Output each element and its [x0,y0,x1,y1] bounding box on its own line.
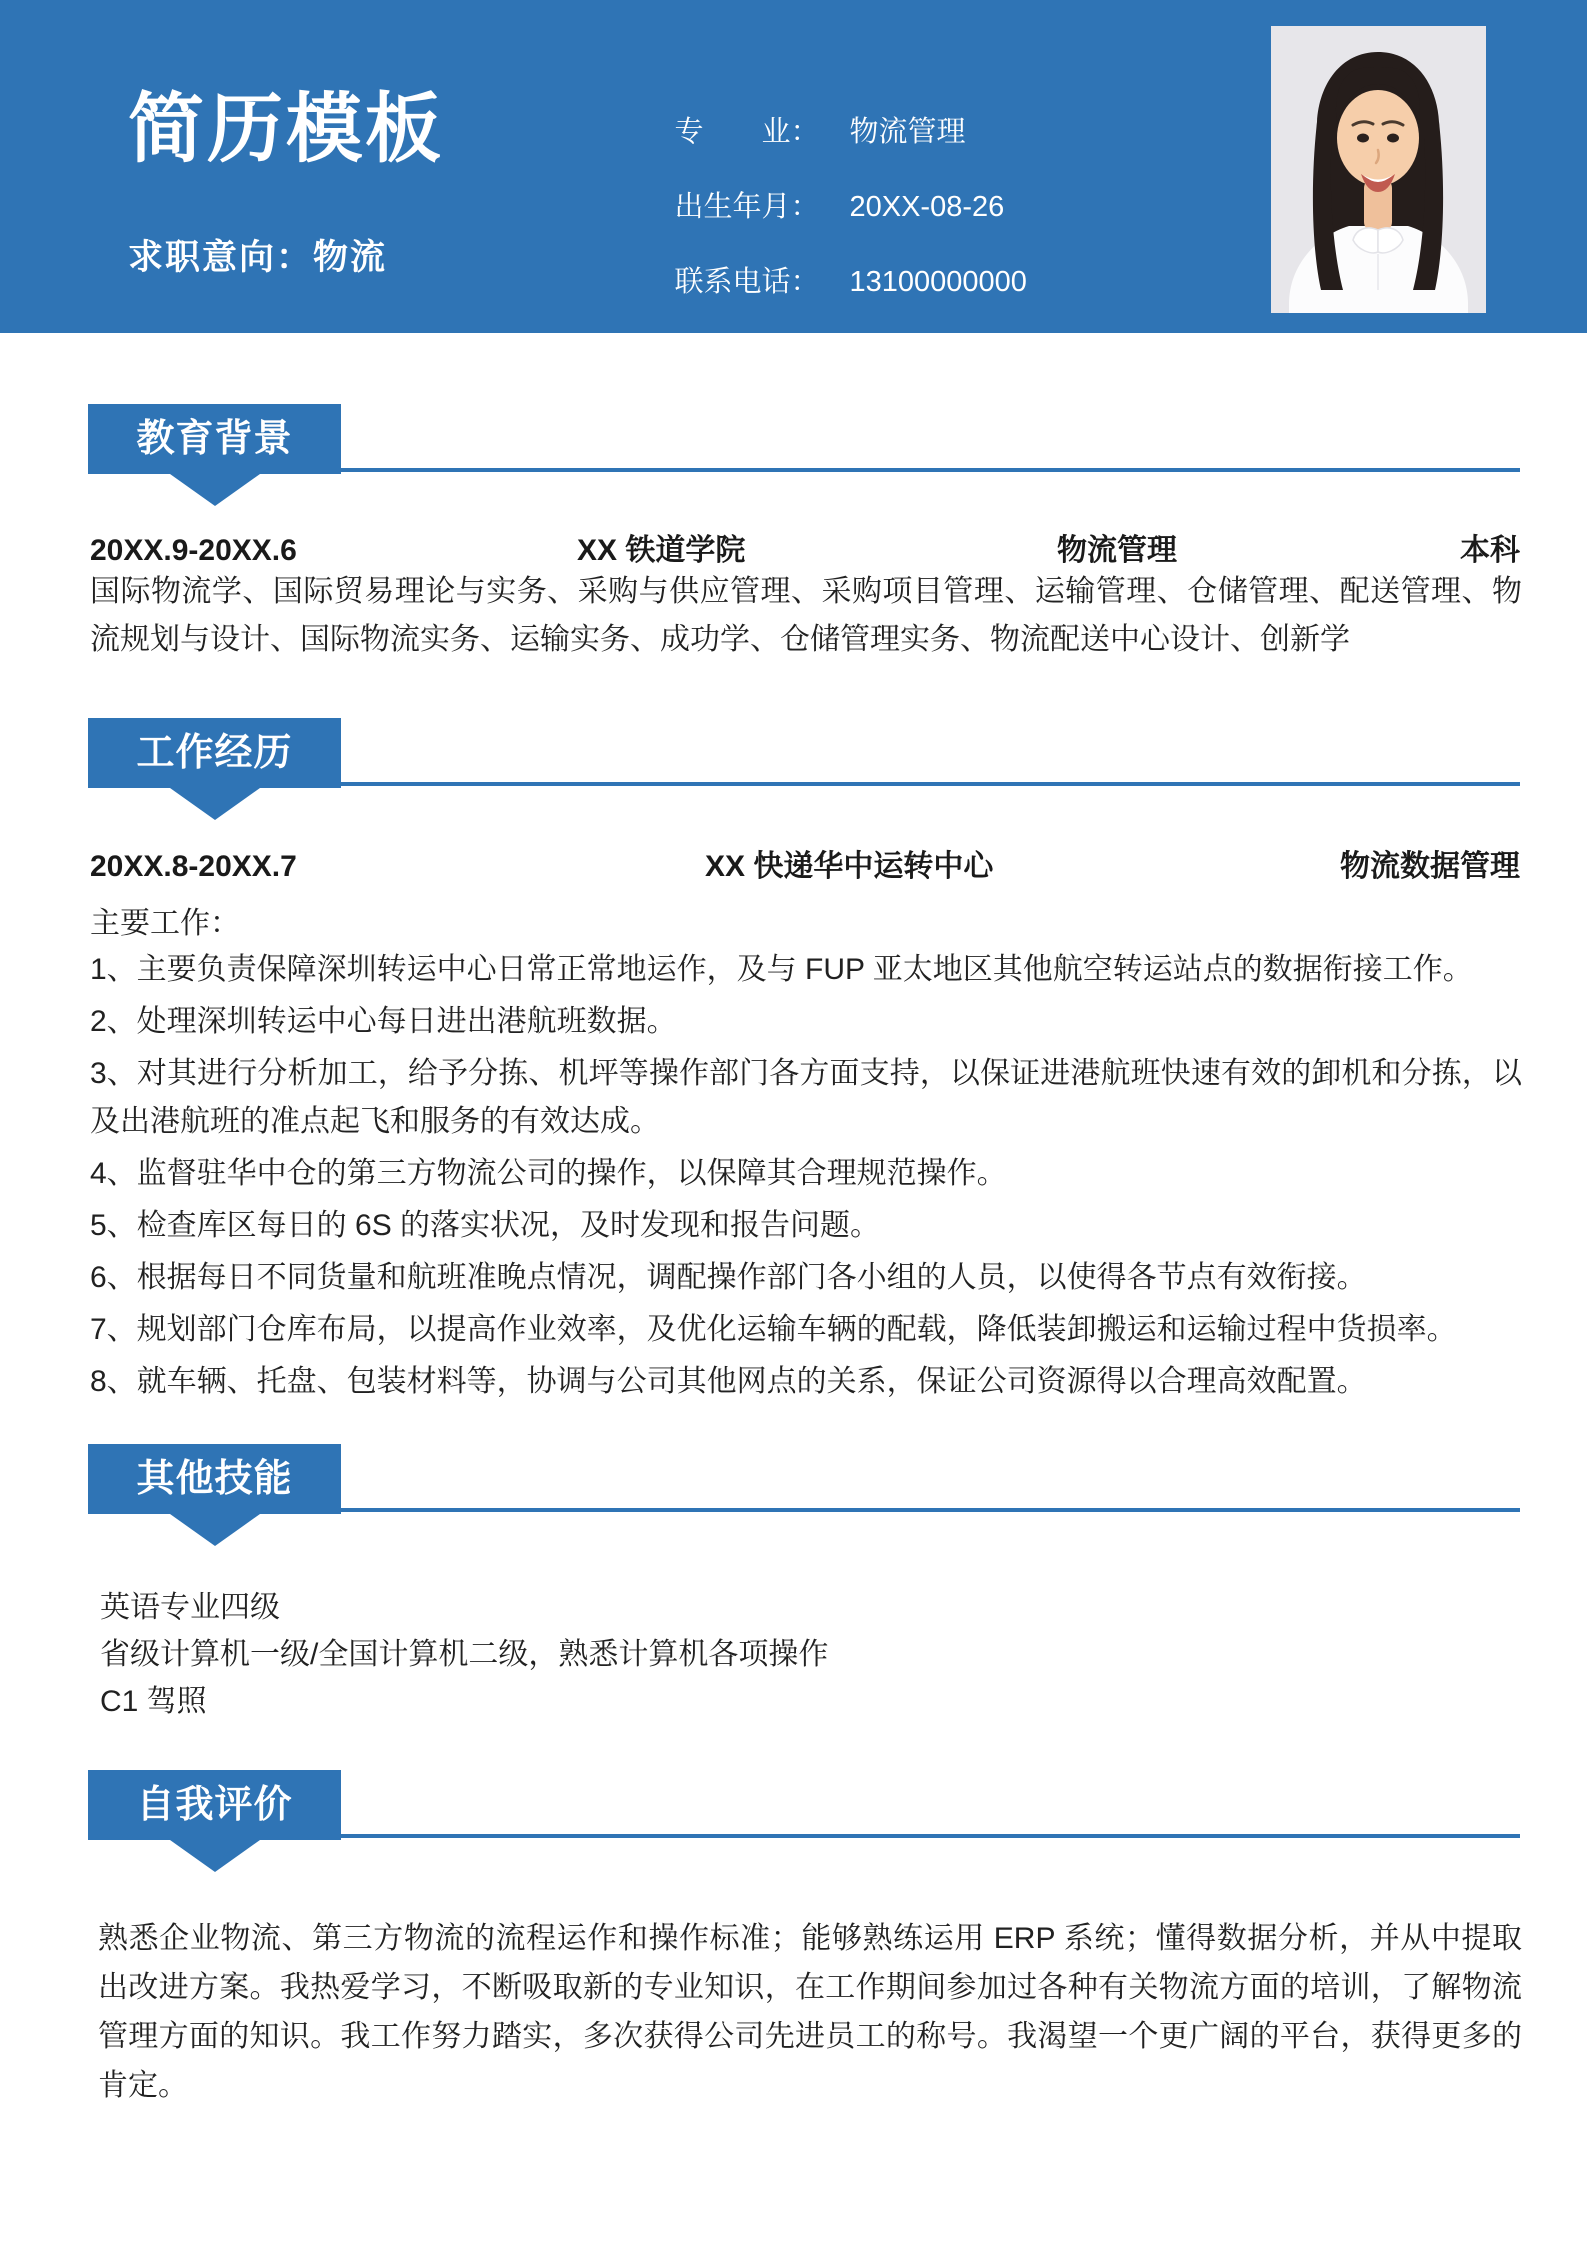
section-arrow-icon [170,788,260,820]
skill-item: 英语专业四级 [100,1584,1520,1631]
section-arrow-icon [170,474,260,506]
major-value: 物流管理 [849,116,965,148]
work-intro: 主要工作： [90,900,1522,948]
education-degree: 本科 [1460,534,1520,568]
section-underline [341,1834,1520,1838]
section-header-evaluation: 自我评价 [88,1770,1520,1872]
work-item: 6、根据每日不同货量和航班准晚点情况，调配操作部门各小组的人员，以使得各节点有效… [90,1254,1522,1302]
work-position: 物流数据管理 [1340,850,1520,884]
section-arrow-icon [170,1514,260,1546]
section-underline [341,1508,1520,1512]
work-company: XX 快递华中运转中心 [705,850,1340,884]
section-arrow-icon [170,1840,260,1872]
section-underline [341,782,1520,786]
email-value: 12345@qq.com [849,341,1054,373]
education-row: 20XX.9-20XX.6 XX 铁道学院 物流管理 本科 [90,534,1520,568]
birth-label: 出生年月： [674,170,824,245]
section-header-education: 教育背景 [88,404,1520,506]
section-title-education: 教育背景 [88,404,341,474]
section-title-work: 工作经历 [88,718,341,788]
work-item: 8、就车辆、托盘、包装材料等，协调与公司其他网点的关系，保证公司资源得以合理高效… [90,1358,1522,1406]
education-major: 物流管理 [1057,534,1460,568]
work-item: 3、对其进行分析加工，给予分拣、机坪等操作部门各方面支持，以保证进港航班快速有效… [90,1050,1522,1146]
work-item: 2、处理深圳转运中心每日进出港航班数据。 [90,998,1522,1046]
job-intention: 求职意向：物流 [128,240,387,275]
work-row: 20XX.8-20XX.7 XX 快递华中运转中心 物流数据管理 [90,850,1520,884]
education-school: XX 铁道学院 [577,534,1057,568]
work-item: 5、检查库区每日的 6S 的落实状况，及时发现和报告问题。 [90,1202,1522,1250]
header: 简历模板 求职意向：物流 专 业：物流管理 出生年月：20XX-08-26 联系… [0,0,1587,333]
portrait-photo [1271,26,1486,313]
work-item-list: 1、主要负责保障深圳转运中心日常正常地运作，及与 FUP 亚太地区其他航空转运站… [90,946,1522,1410]
section-underline [341,468,1520,472]
phone-label: 联系电话： [674,245,824,320]
resume-page: 简历模板 求职意向：物流 专 业：物流管理 出生年月：20XX-08-26 联系… [0,0,1587,2245]
skill-item: C1 驾照 [100,1678,1520,1725]
work-date: 20XX.8-20XX.7 [90,850,705,884]
education-date: 20XX.9-20XX.6 [90,534,577,568]
work-item: 1、主要负责保障深圳转运中心日常正常地运作，及与 FUP 亚太地区其他航空转运站… [90,946,1522,994]
work-item: 7、规划部门仓库布局，以提高作业效率，及优化运输车辆的配载，降低装卸搬运和运输过… [90,1306,1522,1354]
birth-value: 20XX-08-26 [849,191,1004,223]
info-row-major: 专 业：物流管理 [610,20,1055,95]
id-photo [1271,26,1486,313]
section-header-work: 工作经历 [88,718,1520,820]
skill-item: 省级计算机一级/全国计算机二级，熟悉计算机各项操作 [100,1631,1520,1678]
section-header-skills: 其他技能 [88,1444,1520,1546]
resume-title: 简历模板 [128,92,444,168]
major-label: 专 业： [674,95,824,170]
evaluation-text: 熟悉企业物流、第三方物流的流程运作和操作标准；能够熟练运用 ERP 系统；懂得数… [98,1914,1522,2110]
skill-list: 英语专业四级 省级计算机一级/全国计算机二级，熟悉计算机各项操作 C1 驾照 [100,1584,1520,1725]
contact-info: 专 业：物流管理 出生年月：20XX-08-26 联系电话：1310000000… [610,20,1055,320]
education-courses: 国际物流学、国际贸易理论与实务、采购与供应管理、采购项目管理、运输管理、仓储管理… [90,568,1522,664]
section-title-evaluation: 自我评价 [88,1770,341,1840]
email-label: 联系邮箱： [674,320,824,395]
work-item: 4、监督驻华中仓的第三方物流公司的操作，以保障其合理规范操作。 [90,1150,1522,1198]
phone-value: 13100000000 [849,266,1026,298]
section-title-skills: 其他技能 [88,1444,341,1514]
